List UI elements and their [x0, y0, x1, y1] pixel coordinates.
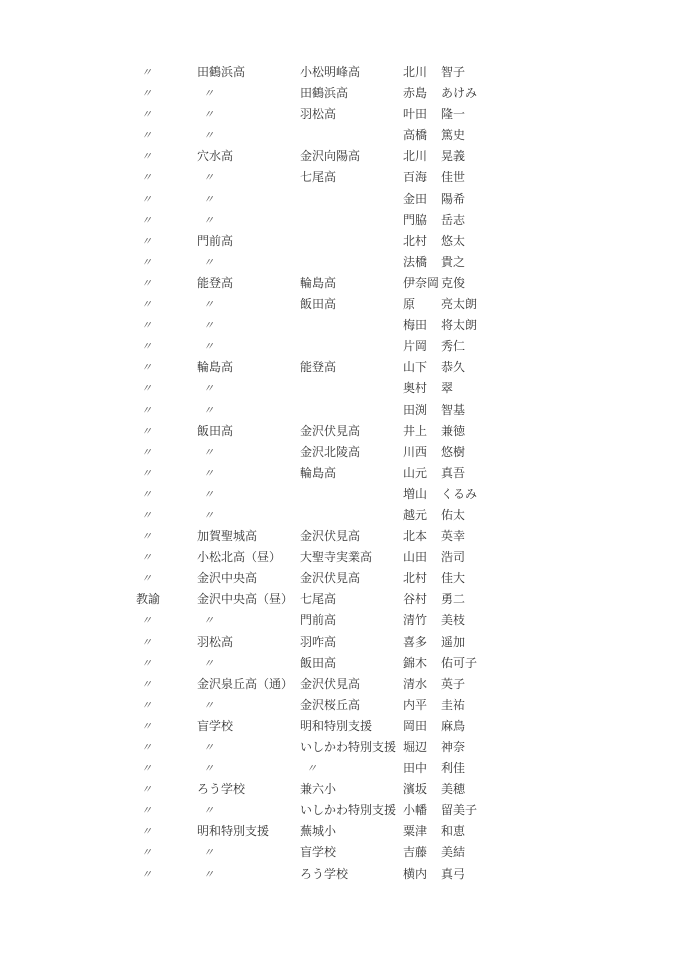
surname: 増山: [403, 484, 427, 505]
list-row: 〃〃飯田高原亮太朗: [0, 294, 680, 315]
surname: 金田: [403, 189, 427, 210]
position-title: 〃: [141, 610, 152, 631]
surname: 奥村: [403, 378, 427, 399]
given-name: 隆一: [441, 104, 465, 125]
current-school: 〃: [203, 125, 214, 146]
position-title: 〃: [141, 484, 152, 505]
surname: 小幡: [403, 800, 427, 821]
position-title: 〃: [141, 400, 152, 421]
surname: 清竹: [403, 610, 427, 631]
surname: 濱坂: [403, 779, 427, 800]
list-row: 〃〃飯田高錦木佑可子: [0, 653, 680, 674]
surname: 岡田: [403, 716, 427, 737]
surname: 北本: [403, 526, 427, 547]
position-title: 〃: [141, 758, 152, 779]
position-title: 〃: [141, 695, 152, 716]
list-row: 〃〃片岡秀仁: [0, 336, 680, 357]
list-row: 〃小松北高（昼）大聖寺実業高山田浩司: [0, 547, 680, 568]
given-name: 克俊: [441, 273, 465, 294]
new-school: 門前高: [300, 610, 336, 631]
list-row: 〃羽松高羽咋高喜多遥加: [0, 632, 680, 653]
given-name: 悠樹: [441, 442, 465, 463]
current-school: 穴水高: [197, 146, 233, 167]
new-school: 明和特別支援: [300, 716, 372, 737]
surname: 北村: [403, 231, 427, 252]
list-row: 〃〃いしかわ特別支援堀辺神奈: [0, 737, 680, 758]
current-school: 〃: [203, 505, 214, 526]
position-title: 〃: [141, 104, 152, 125]
given-name: 圭祐: [441, 695, 465, 716]
given-name: 岳志: [441, 210, 465, 231]
position-title: 〃: [141, 674, 152, 695]
current-school: 羽松高: [197, 632, 233, 653]
surname: 川西: [403, 442, 427, 463]
current-school: 金沢中央高: [197, 568, 257, 589]
current-school: 〃: [203, 864, 214, 885]
position-title: 〃: [141, 568, 152, 589]
position-title: 〃: [141, 125, 152, 146]
position-title: 〃: [141, 315, 152, 336]
given-name: 英幸: [441, 526, 465, 547]
position-title: 〃: [141, 83, 152, 104]
new-school: 輪島高: [300, 273, 336, 294]
position-title: 〃: [141, 800, 152, 821]
given-name: 真弓: [441, 864, 465, 885]
current-school: 加賀聖城高: [197, 526, 257, 547]
given-name: 佳大: [441, 568, 465, 589]
list-row: 〃ろう学校兼六小濱坂美穂: [0, 779, 680, 800]
position-title: 〃: [141, 779, 152, 800]
new-school: いしかわ特別支援: [300, 737, 396, 758]
surname: 百海: [403, 167, 427, 188]
given-name: 翠: [441, 378, 453, 399]
surname: 錦木: [403, 653, 427, 674]
list-row: 〃〃越元佑太: [0, 505, 680, 526]
list-row: 〃〃金沢北陵高川西悠樹: [0, 442, 680, 463]
list-row: 教諭金沢中央高（昼）七尾高谷村勇二: [0, 589, 680, 610]
given-name: 亮太朗: [441, 294, 477, 315]
current-school: 〃: [203, 610, 214, 631]
list-row: 〃〃田鶴浜高赤島あけみ: [0, 83, 680, 104]
current-school: 田鶴浜高: [197, 62, 245, 83]
list-row: 〃〃増山くるみ: [0, 484, 680, 505]
given-name: 悠太: [441, 231, 465, 252]
given-name: 遥加: [441, 632, 465, 653]
position-title: 〃: [141, 632, 152, 653]
current-school: 〃: [203, 167, 214, 188]
position-title: 〃: [141, 716, 152, 737]
list-row: 〃明和特別支援蕪城小粟津和恵: [0, 821, 680, 842]
current-school: 〃: [203, 83, 214, 104]
current-school: 〃: [203, 294, 214, 315]
current-school: 輪島高: [197, 357, 233, 378]
current-school: 〃: [203, 336, 214, 357]
surname: 伊奈岡: [403, 273, 439, 294]
current-school: 〃: [203, 484, 214, 505]
list-row: 〃〃〃田中利佳: [0, 758, 680, 779]
given-name: 美穂: [441, 779, 465, 800]
new-school: 七尾高: [300, 589, 336, 610]
position-title: 教諭: [136, 589, 160, 610]
new-school: 七尾高: [300, 167, 336, 188]
current-school: 〃: [203, 695, 214, 716]
current-school: 〃: [203, 104, 214, 125]
given-name: 秀仁: [441, 336, 465, 357]
surname: 梅田: [403, 315, 427, 336]
surname: 田中: [403, 758, 427, 779]
new-school: いしかわ特別支援: [300, 800, 396, 821]
position-title: 〃: [141, 505, 152, 526]
position-title: 〃: [141, 653, 152, 674]
current-school: ろう学校: [197, 779, 245, 800]
surname: 片岡: [403, 336, 427, 357]
surname: 高橋: [403, 125, 427, 146]
given-name: 浩司: [441, 547, 465, 568]
current-school: 〃: [203, 378, 214, 399]
surname: 原: [403, 294, 415, 315]
surname: 山田: [403, 547, 427, 568]
current-school: 盲学校: [197, 716, 233, 737]
current-school: 能登高: [197, 273, 233, 294]
given-name: 晃義: [441, 146, 465, 167]
surname: 粟津: [403, 821, 427, 842]
new-school: 兼六小: [300, 779, 336, 800]
list-row: 〃〃高橋篤史: [0, 125, 680, 146]
list-row: 〃〃盲学校吉藤美結: [0, 842, 680, 863]
list-row: 〃〃田渕智基: [0, 400, 680, 421]
new-school: 金沢伏見高: [300, 421, 360, 442]
new-school: 金沢伏見高: [300, 526, 360, 547]
list-row: 〃〃門脇岳志: [0, 210, 680, 231]
surname: 谷村: [403, 589, 427, 610]
surname: 叶田: [403, 104, 427, 125]
new-school: 飯田高: [300, 653, 336, 674]
surname: 門脇: [403, 210, 427, 231]
list-row: 〃〃門前高清竹美枝: [0, 610, 680, 631]
given-name: 和恵: [441, 821, 465, 842]
current-school: 小松北高（昼）: [197, 547, 281, 568]
current-school: 明和特別支援: [197, 821, 269, 842]
given-name: 篤史: [441, 125, 465, 146]
given-name: 智基: [441, 400, 465, 421]
surname: 山元: [403, 463, 427, 484]
list-row: 〃〃金田陽希: [0, 189, 680, 210]
new-school: 小松明峰高: [300, 62, 360, 83]
position-title: 〃: [141, 189, 152, 210]
position-title: 〃: [141, 357, 152, 378]
current-school: 〃: [203, 252, 214, 273]
list-row: 〃〃いしかわ特別支援小幡留美子: [0, 800, 680, 821]
new-school: 能登高: [300, 357, 336, 378]
given-name: 陽希: [441, 189, 465, 210]
personnel-transfer-list: 〃田鶴浜高小松明峰高北川智子〃〃田鶴浜高赤島あけみ〃〃羽松高叶田隆一〃〃高橋篤史…: [0, 62, 680, 885]
given-name: 佳世: [441, 167, 465, 188]
given-name: 英子: [441, 674, 465, 695]
given-name: 神奈: [441, 737, 465, 758]
new-school: 金沢桜丘高: [300, 695, 360, 716]
given-name: 美枝: [441, 610, 465, 631]
given-name: 佑太: [441, 505, 465, 526]
surname: 井上: [403, 421, 427, 442]
given-name: 利佳: [441, 758, 465, 779]
current-school: 門前高: [197, 231, 233, 252]
given-name: 貴之: [441, 252, 465, 273]
position-title: 〃: [141, 842, 152, 863]
surname: 横内: [403, 864, 427, 885]
position-title: 〃: [141, 210, 152, 231]
surname: 内平: [403, 695, 427, 716]
new-school: 盲学校: [300, 842, 336, 863]
given-name: 留美子: [441, 800, 477, 821]
surname: 越元: [403, 505, 427, 526]
new-school: 〃: [306, 758, 317, 779]
position-title: 〃: [141, 547, 152, 568]
list-row: 〃盲学校明和特別支援岡田麻鳥: [0, 716, 680, 737]
new-school: 大聖寺実業高: [300, 547, 372, 568]
given-name: 智子: [441, 62, 465, 83]
new-school: 蕪城小: [300, 821, 336, 842]
position-title: 〃: [141, 463, 152, 484]
surname: 田渕: [403, 400, 427, 421]
current-school: 〃: [203, 800, 214, 821]
given-name: くるみ: [441, 484, 477, 505]
list-row: 〃〃法橋貴之: [0, 252, 680, 273]
list-row: 〃門前高北村悠太: [0, 231, 680, 252]
position-title: 〃: [141, 526, 152, 547]
position-title: 〃: [141, 252, 152, 273]
surname: 堀辺: [403, 737, 427, 758]
position-title: 〃: [141, 821, 152, 842]
list-row: 〃〃七尾高百海佳世: [0, 167, 680, 188]
current-school: 〃: [203, 842, 214, 863]
surname: 喜多: [403, 632, 427, 653]
position-title: 〃: [141, 146, 152, 167]
current-school: 〃: [203, 653, 214, 674]
given-name: 勇二: [441, 589, 465, 610]
given-name: 真吾: [441, 463, 465, 484]
list-row: 〃〃金沢桜丘高内平圭祐: [0, 695, 680, 716]
position-title: 〃: [141, 294, 152, 315]
list-row: 〃金沢中央高金沢伏見高北村佳大: [0, 568, 680, 589]
position-title: 〃: [141, 167, 152, 188]
list-row: 〃飯田高金沢伏見高井上兼徳: [0, 421, 680, 442]
current-school: 〃: [203, 400, 214, 421]
list-row: 〃輪島高能登高山下恭久: [0, 357, 680, 378]
current-school: 〃: [203, 210, 214, 231]
list-row: 〃田鶴浜高小松明峰高北川智子: [0, 62, 680, 83]
given-name: 美結: [441, 842, 465, 863]
current-school: 〃: [203, 442, 214, 463]
new-school: 金沢伏見高: [300, 568, 360, 589]
new-school: 飯田高: [300, 294, 336, 315]
given-name: 佑可子: [441, 653, 477, 674]
surname: 法橋: [403, 252, 427, 273]
list-row: 〃〃梅田将太朗: [0, 315, 680, 336]
surname: 山下: [403, 357, 427, 378]
list-row: 〃加賀聖城高金沢伏見高北本英幸: [0, 526, 680, 547]
list-row: 〃〃奥村翠: [0, 378, 680, 399]
given-name: 将太朗: [441, 315, 477, 336]
surname: 吉藤: [403, 842, 427, 863]
position-title: 〃: [141, 421, 152, 442]
new-school: 金沢伏見高: [300, 674, 360, 695]
list-row: 〃〃羽松高叶田隆一: [0, 104, 680, 125]
new-school: 田鶴浜高: [300, 83, 348, 104]
surname: 赤島: [403, 83, 427, 104]
position-title: 〃: [141, 336, 152, 357]
list-row: 〃〃輪島高山元真吾: [0, 463, 680, 484]
position-title: 〃: [141, 378, 152, 399]
surname: 北川: [403, 146, 427, 167]
given-name: あけみ: [441, 83, 477, 104]
new-school: 羽松高: [300, 104, 336, 125]
given-name: 兼徳: [441, 421, 465, 442]
position-title: 〃: [141, 62, 152, 83]
current-school: 〃: [203, 189, 214, 210]
current-school: 金沢泉丘高（通）: [197, 674, 293, 695]
current-school: 〃: [203, 758, 214, 779]
list-row: 〃能登高輪島高伊奈岡克俊: [0, 273, 680, 294]
given-name: 麻鳥: [441, 716, 465, 737]
given-name: 恭久: [441, 357, 465, 378]
new-school: ろう学校: [300, 864, 348, 885]
new-school: 金沢北陵高: [300, 442, 360, 463]
surname: 清水: [403, 674, 427, 695]
position-title: 〃: [141, 231, 152, 252]
position-title: 〃: [141, 442, 152, 463]
list-row: 〃〃ろう学校横内真弓: [0, 864, 680, 885]
surname: 北村: [403, 568, 427, 589]
list-row: 〃金沢泉丘高（通）金沢伏見高清水英子: [0, 674, 680, 695]
current-school: 〃: [203, 737, 214, 758]
new-school: 金沢向陽高: [300, 146, 360, 167]
new-school: 羽咋高: [300, 632, 336, 653]
current-school: 〃: [203, 463, 214, 484]
surname: 北川: [403, 62, 427, 83]
new-school: 輪島高: [300, 463, 336, 484]
position-title: 〃: [141, 864, 152, 885]
current-school: 〃: [203, 315, 214, 336]
current-school: 金沢中央高（昼）: [197, 589, 293, 610]
current-school: 飯田高: [197, 421, 233, 442]
list-row: 〃穴水高金沢向陽高北川晃義: [0, 146, 680, 167]
position-title: 〃: [141, 273, 152, 294]
position-title: 〃: [141, 737, 152, 758]
